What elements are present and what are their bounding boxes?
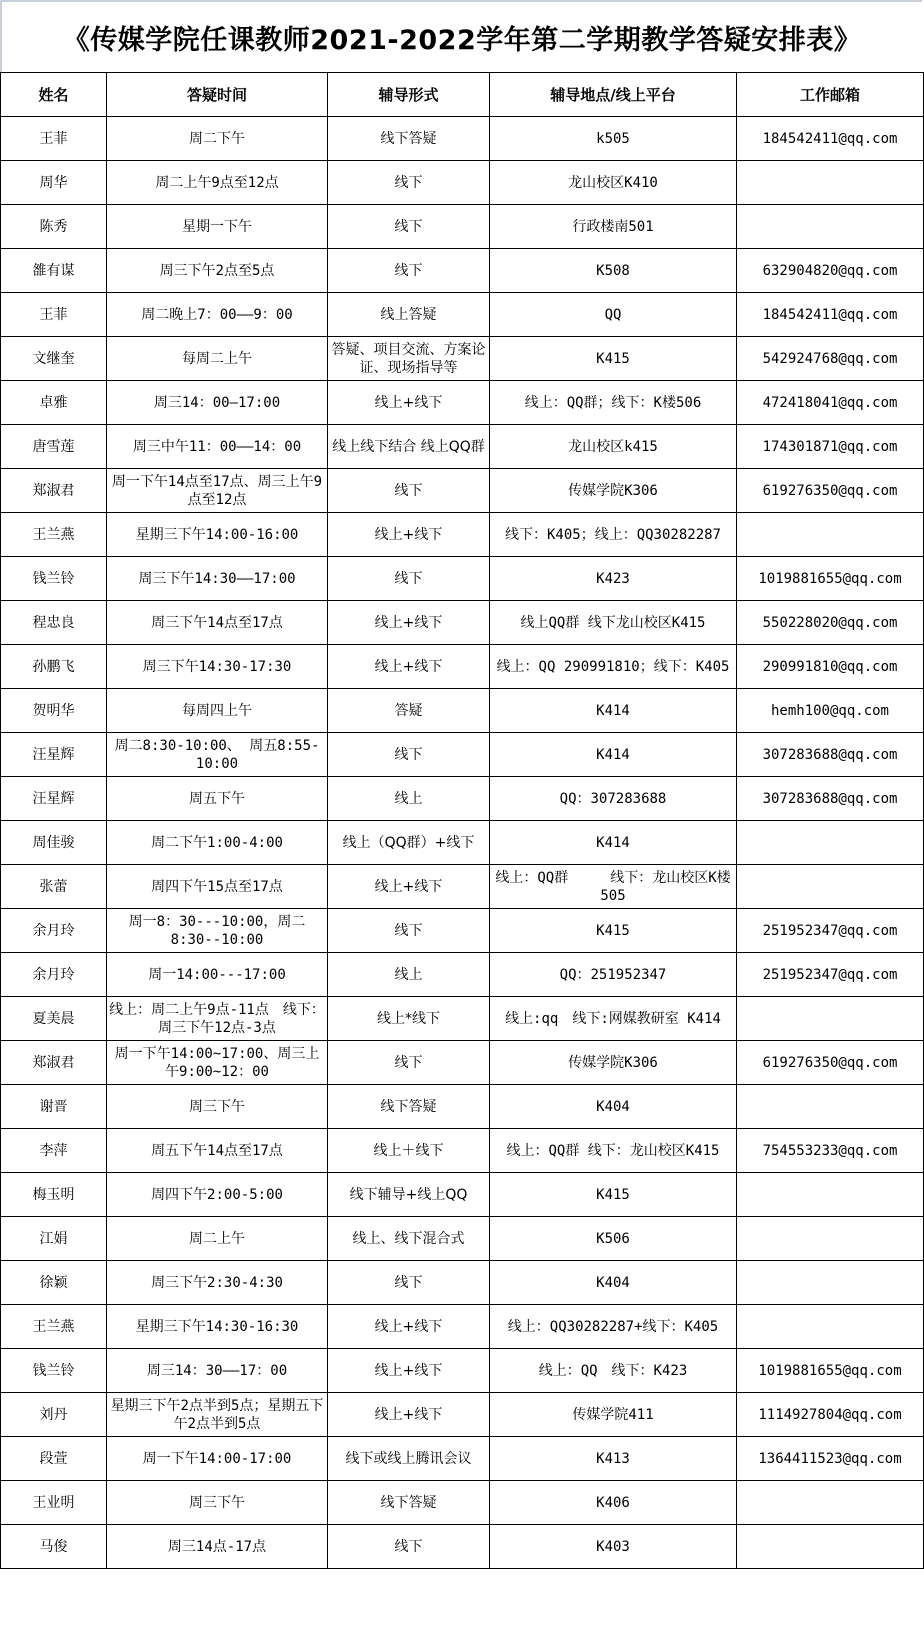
cell-name: 周华 [1,161,107,205]
cell-location: 线上：QQ30282287+线下：K405 [490,1305,737,1349]
cell-email [737,513,924,557]
cell-email: 184542411@qq.com [737,117,924,161]
cell-name: 贺明华 [1,689,107,733]
cell-email [737,821,924,865]
table-row: 徐颖周三下午2:30-4:30线下K404 [1,1261,924,1305]
cell-name: 余月玲 [1,909,107,953]
table-row: 陈秀星期一下午线下行政楼南501 [1,205,924,249]
cell-mode: 线上+线下 [328,1349,490,1393]
cell-time: 周一8：30---10:00，周二8:30--10:00 [107,909,328,953]
cell-time: 周三下午14:30——17:00 [107,557,328,601]
cell-email: 550228020@qq.com [737,601,924,645]
cell-time: 星期三下午14:00-16:00 [107,513,328,557]
table-row: 孙鹏飞周三下午14:30-17:30线上+线下线上：QQ 290991810；线… [1,645,924,689]
cell-time: 周二下午 [107,117,328,161]
cell-email: 1019881655@qq.com [737,557,924,601]
table-row: 张蕾周四下午15点至17点线上+线下线上：QQ群 线下：龙山校区K楼505 [1,865,924,909]
cell-location: K404 [490,1085,737,1129]
table-row: 周佳骏周二下午1:00-4:00线上（QQ群）+线下K414 [1,821,924,865]
cell-mode: 线下 [328,557,490,601]
cell-time: 星期一下午 [107,205,328,249]
cell-mode: 线上（QQ群）+线下 [328,821,490,865]
cell-time: 周三下午14:30-17:30 [107,645,328,689]
cell-time: 星期三下午14:30-16:30 [107,1305,328,1349]
cell-name: 程忠良 [1,601,107,645]
cell-mode: 线上+线下 [328,601,490,645]
table-row: 夏美晨线上：周二上午9点-11点 线下：周三下午12点-3点线上*线下线上:qq… [1,997,924,1041]
table-row: 贺明华每周四上午答疑K414hemh100@qq.com [1,689,924,733]
cell-mode: 线上线下结合 线上QQ群 [328,425,490,469]
cell-mode: 线下 [328,469,490,513]
table-row: 唐雪莲周三中午11：00——14：00线上线下结合 线上QQ群龙山校区k4151… [1,425,924,469]
cell-name: 郑淑君 [1,1041,107,1085]
cell-location: K415 [490,337,737,381]
cell-mode: 线上+线下 [328,1393,490,1437]
cell-email [737,997,924,1041]
table-row: 郑淑君周一下午14:00~17:00、周三上午9:00~12：00线下传媒学院K… [1,1041,924,1085]
cell-location: K404 [490,1261,737,1305]
cell-mode: 线下答疑 [328,1481,490,1525]
cell-time: 周五下午14点至17点 [107,1129,328,1173]
header-row: 姓名 答疑时间 辅导形式 辅导地点/线上平台 工作邮箱 [1,73,924,117]
cell-time: 周二晚上7：00——9：00 [107,293,328,337]
cell-time: 周二上午 [107,1217,328,1261]
cell-email: 472418041@qq.com [737,381,924,425]
cell-email: 619276350@qq.com [737,1041,924,1085]
page-title: 《传媒学院任课教师2021-2022学年第二学期教学答疑安排表》 [63,18,862,57]
cell-time: 线上：周二上午9点-11点 线下：周三下午12点-3点 [107,997,328,1041]
cell-location: K414 [490,689,737,733]
cell-email [737,1217,924,1261]
cell-time: 周一下午14:00~17:00、周三上午9:00~12：00 [107,1041,328,1085]
cell-email: 290991810@qq.com [737,645,924,689]
cell-mode: 线下 [328,909,490,953]
cell-location: 线上：QQ群 线下：龙山校区K楼505 [490,865,737,909]
cell-mode: 答疑 [328,689,490,733]
cell-email [737,1261,924,1305]
cell-name: 王业明 [1,1481,107,1525]
cell-email: 542924768@qq.com [737,337,924,381]
cell-mode: 线上+线下 [328,865,490,909]
title-bar: 《传媒学院任课教师2021-2022学年第二学期教学答疑安排表》 [0,0,922,72]
column-header-location: 辅导地点/线上平台 [490,73,737,117]
cell-email: 174301871@qq.com [737,425,924,469]
cell-name: 陈秀 [1,205,107,249]
cell-time: 周二上午9点至12点 [107,161,328,205]
cell-name: 李萍 [1,1129,107,1173]
cell-email [737,1481,924,1525]
cell-name: 段萱 [1,1437,107,1481]
cell-name: 梅玉明 [1,1173,107,1217]
table-row: 谢晋周三下午线下答疑K404 [1,1085,924,1129]
table-row: 文继奎每周二上午答疑、项目交流、方案论证、现场指导等K415542924768@… [1,337,924,381]
cell-name: 张蕾 [1,865,107,909]
cell-mode: 线下 [328,1261,490,1305]
table-row: 余月玲周一14:00---17:00线上QQ：25195234725195234… [1,953,924,997]
table-row: 周华周二上午9点至12点线下龙山校区K410 [1,161,924,205]
cell-mode: 线下 [328,161,490,205]
cell-time: 周二下午1:00-4:00 [107,821,328,865]
column-header-name: 姓名 [1,73,107,117]
cell-location: QQ [490,293,737,337]
cell-email [737,1085,924,1129]
cell-time: 周一14:00---17:00 [107,953,328,997]
cell-mode: 线上+线下 [328,381,490,425]
cell-mode: 线上 [328,953,490,997]
cell-time: 星期三下午2点半到5点；星期五下午2点半到5点 [107,1393,328,1437]
cell-location: QQ：307283688 [490,777,737,821]
cell-mode: 线下答疑 [328,1085,490,1129]
cell-mode: 线下 [328,1041,490,1085]
cell-mode: 线上＋线下 [328,1129,490,1173]
cell-time: 周三下午2:30-4:30 [107,1261,328,1305]
cell-name: 王兰燕 [1,1305,107,1349]
cell-email [737,865,924,909]
cell-email: 184542411@qq.com [737,293,924,337]
cell-location: 线上QQ群 线下龙山校区K415 [490,601,737,645]
cell-name: 郑淑君 [1,469,107,513]
cell-email: 1364411523@qq.com [737,1437,924,1481]
cell-location: QQ：251952347 [490,953,737,997]
cell-name: 卓雅 [1,381,107,425]
cell-time: 周三14：30——17：00 [107,1349,328,1393]
cell-location: K508 [490,249,737,293]
cell-time: 周三下午14点至17点 [107,601,328,645]
cell-time: 周三下午 [107,1085,328,1129]
cell-name: 汪星辉 [1,777,107,821]
cell-mode: 线下答疑 [328,117,490,161]
cell-mode: 线下 [328,1525,490,1569]
table-row: 王菲周二晚上7：00——9：00线上答疑QQ184542411@qq.com [1,293,924,337]
cell-location: 线上：QQ 线下：K423 [490,1349,737,1393]
cell-name: 文继奎 [1,337,107,381]
table-row: 王菲周二下午线下答疑k505184542411@qq.com [1,117,924,161]
cell-mode: 线上、线下混合式 [328,1217,490,1261]
cell-email: 307283688@qq.com [737,733,924,777]
cell-location: 传媒学院K306 [490,1041,737,1085]
cell-email: 632904820@qq.com [737,249,924,293]
cell-mode: 线下 [328,205,490,249]
cell-name: 刘丹 [1,1393,107,1437]
cell-location: K415 [490,909,737,953]
cell-time: 每周二上午 [107,337,328,381]
table-row: 卓雅周三14：00—17:00线上+线下线上：QQ群；线下：K楼50647241… [1,381,924,425]
cell-location: K403 [490,1525,737,1569]
cell-email: 307283688@qq.com [737,777,924,821]
cell-email: 754553233@qq.com [737,1129,924,1173]
cell-mode: 线下或线上腾讯会议 [328,1437,490,1481]
cell-location: K414 [490,821,737,865]
cell-location: K506 [490,1217,737,1261]
cell-name: 余月玲 [1,953,107,997]
cell-email: 619276350@qq.com [737,469,924,513]
cell-name: 王兰燕 [1,513,107,557]
cell-name: 唐雪莲 [1,425,107,469]
cell-time: 周二8:30-10:00、 周五8:55-10:00 [107,733,328,777]
cell-location: K414 [490,733,737,777]
cell-location: 传媒学院411 [490,1393,737,1437]
table-row: 段萱周一下午14:00-17:00线下或线上腾讯会议K4131364411523… [1,1437,924,1481]
column-header-time: 答疑时间 [107,73,328,117]
table-row: 刘丹星期三下午2点半到5点；星期五下午2点半到5点线上+线下传媒学院411111… [1,1393,924,1437]
cell-time: 周三14：00—17:00 [107,381,328,425]
cell-email [737,161,924,205]
cell-time: 周三下午 [107,1481,328,1525]
cell-email [737,1525,924,1569]
cell-email [737,205,924,249]
cell-email: 251952347@qq.com [737,909,924,953]
table-row: 钱兰铃周三下午14:30——17:00线下K4231019881655@qq.c… [1,557,924,601]
table-row: 汪星辉周五下午线上QQ：307283688307283688@qq.com [1,777,924,821]
table-row: 雒有谋周三下午2点至5点线下K508632904820@qq.com [1,249,924,293]
cell-location: K406 [490,1481,737,1525]
cell-time: 周四下午2:00-5:00 [107,1173,328,1217]
table-row: 马俊周三14点-17点线下K403 [1,1525,924,1569]
cell-mode: 线上+线下 [328,513,490,557]
cell-mode: 线下 [328,733,490,777]
cell-time: 周五下午 [107,777,328,821]
cell-location: 线上：QQ群 线下：龙山校区K415 [490,1129,737,1173]
cell-mode: 线上+线下 [328,645,490,689]
cell-time: 每周四上午 [107,689,328,733]
cell-location: K423 [490,557,737,601]
cell-name: 孙鹏飞 [1,645,107,689]
table-row: 郑淑君周一下午14点至17点、周三上午9点至12点线下传媒学院K30661927… [1,469,924,513]
cell-location: 线上：QQ群；线下：K楼506 [490,381,737,425]
cell-location: K415 [490,1173,737,1217]
cell-email: 1019881655@qq.com [737,1349,924,1393]
cell-email: hemh100@qq.com [737,689,924,733]
cell-time: 周一下午14点至17点、周三上午9点至12点 [107,469,328,513]
cell-mode: 答疑、项目交流、方案论证、现场指导等 [328,337,490,381]
cell-location: 传媒学院K306 [490,469,737,513]
cell-name: 谢晋 [1,1085,107,1129]
cell-mode: 线下辅导+线上QQ [328,1173,490,1217]
column-header-email: 工作邮箱 [737,73,924,117]
cell-name: 钱兰铃 [1,557,107,601]
cell-location: 龙山校区K410 [490,161,737,205]
column-header-mode: 辅导形式 [328,73,490,117]
cell-name: 王菲 [1,117,107,161]
cell-mode: 线上*线下 [328,997,490,1041]
cell-location: 线上：QQ 290991810；线下：K405 [490,645,737,689]
cell-name: 王菲 [1,293,107,337]
cell-time: 周三中午11：00——14：00 [107,425,328,469]
cell-mode: 线下 [328,249,490,293]
cell-location: k505 [490,117,737,161]
schedule-table: 姓名 答疑时间 辅导形式 辅导地点/线上平台 工作邮箱 王菲周二下午线下答疑k5… [0,72,924,1569]
cell-location: 线上:qq 线下:网媒教研室 K414 [490,997,737,1041]
cell-email: 1114927804@qq.com [737,1393,924,1437]
cell-name: 周佳骏 [1,821,107,865]
cell-email: 251952347@qq.com [737,953,924,997]
cell-name: 汪星辉 [1,733,107,777]
table-row: 程忠良周三下午14点至17点线上+线下线上QQ群 线下龙山校区K41555022… [1,601,924,645]
cell-name: 徐颖 [1,1261,107,1305]
cell-location: 线下：K405；线上：QQ30282287 [490,513,737,557]
table-row: 李萍周五下午14点至17点线上＋线下线上：QQ群 线下：龙山校区K4157545… [1,1129,924,1173]
cell-mode: 线上+线下 [328,1305,490,1349]
cell-location: 行政楼南501 [490,205,737,249]
cell-mode: 线上 [328,777,490,821]
cell-email [737,1305,924,1349]
table-row: 王兰燕星期三下午14:30-16:30线上+线下线上：QQ30282287+线下… [1,1305,924,1349]
cell-time: 周一下午14:00-17:00 [107,1437,328,1481]
cell-name: 雒有谋 [1,249,107,293]
table-row: 梅玉明周四下午2:00-5:00线下辅导+线上QQK415 [1,1173,924,1217]
cell-name: 江娟 [1,1217,107,1261]
table-row: 余月玲周一8：30---10:00，周二8:30--10:00线下K415251… [1,909,924,953]
table-row: 江娟周二上午线上、线下混合式K506 [1,1217,924,1261]
table-row: 王业明周三下午线下答疑K406 [1,1481,924,1525]
cell-time: 周三下午2点至5点 [107,249,328,293]
cell-time: 周三14点-17点 [107,1525,328,1569]
cell-name: 钱兰铃 [1,1349,107,1393]
cell-location: K413 [490,1437,737,1481]
table-row: 钱兰铃周三14：30——17：00线上+线下线上：QQ 线下：K42310198… [1,1349,924,1393]
cell-mode: 线上答疑 [328,293,490,337]
cell-name: 马俊 [1,1525,107,1569]
cell-email [737,1173,924,1217]
table-row: 汪星辉周二8:30-10:00、 周五8:55-10:00线下K41430728… [1,733,924,777]
cell-name: 夏美晨 [1,997,107,1041]
cell-time: 周四下午15点至17点 [107,865,328,909]
cell-location: 龙山校区k415 [490,425,737,469]
table-row: 王兰燕星期三下午14:00-16:00线上+线下线下：K405；线上：QQ302… [1,513,924,557]
